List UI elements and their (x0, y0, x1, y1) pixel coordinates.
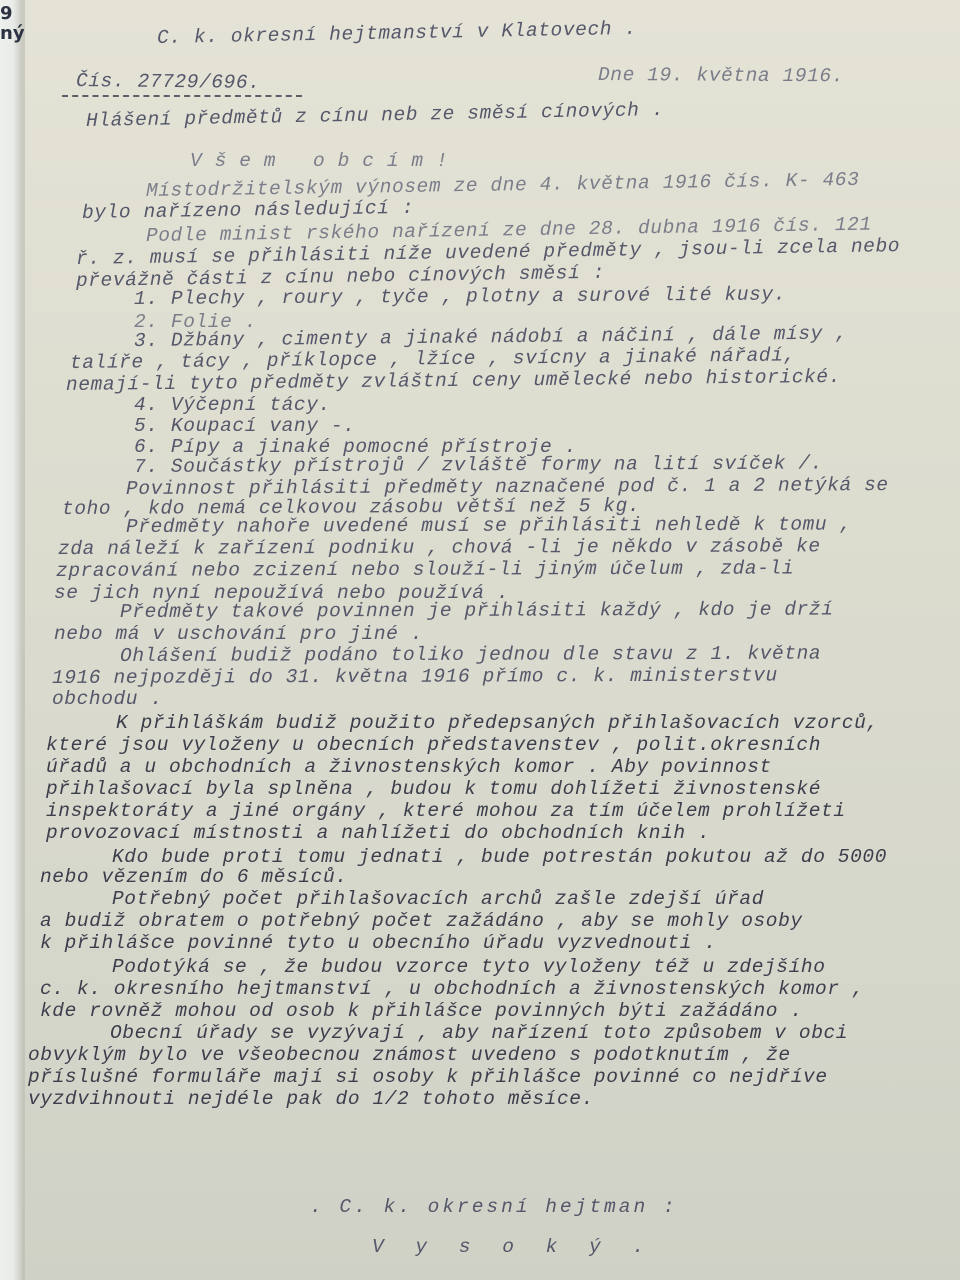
reference-number: Čís. 27729/696. (76, 70, 261, 94)
body-line: zda náleží k zařízení podniku , chová -l… (58, 535, 821, 560)
heading-divider (62, 95, 302, 97)
body-line: Kdo bude proti tomu jednati , bude potre… (112, 846, 887, 868)
body-line: které jsou vyloženy u obecních představe… (46, 734, 821, 756)
list-item: 5. Koupací vany -. (134, 415, 355, 437)
body-line: zpracování nebo zcizení nebo slouží-li j… (56, 557, 794, 582)
document-date: Dne 19. května 1916. (598, 64, 844, 87)
subject-line: Hlášení předmětů z cínu neb ze směsí cín… (86, 99, 665, 132)
body-line: K přihláškám budiž použito předepsaných … (116, 712, 879, 734)
body-line: Obecní úřady se vyzývají , aby nařízení … (110, 1022, 848, 1044)
body-line: a budiž obratem o potřebný počet zažádán… (40, 910, 803, 932)
page-fold (22, 0, 25, 1280)
body-line: Předměty nahoře uvedené musí se přihlási… (126, 513, 852, 538)
margin-note-line: ný (0, 24, 25, 44)
body-line: příslušné formuláře mají si osoby k přih… (28, 1066, 828, 1088)
margin-note-line: 9 (0, 4, 25, 24)
list-item: 1. Plechy , roury , tyče , plotny a suro… (134, 283, 786, 310)
body-line: 1916 nejpozději do 31. května 1916 přímo… (52, 664, 778, 689)
body-line: Místodržitelským výnosem ze dne 4. květn… (146, 169, 860, 202)
body-line: provozovací místnosti a nahlížeti do obc… (46, 822, 710, 844)
body-line: Ohlášení budiž podáno toliko jednou dle … (120, 643, 821, 667)
body-line: obvyklým bylo ve všeobecnou známost uved… (28, 1044, 791, 1066)
office-heading: C. k. okresní hejtmanství v Klatovech . (157, 18, 637, 49)
body-line: Podotýká se , že budou vzorce tyto vylož… (112, 956, 826, 978)
salutation: V š e m o b c í m ! (190, 150, 448, 172)
underlying-page-edge (0, 0, 22, 1280)
list-item: 4. Výčepní tácy. (134, 394, 331, 416)
body-line: Předměty takové povinnen je přihlásiti k… (120, 599, 834, 623)
body-line: bylo nařízeno následující : (82, 197, 414, 224)
body-line: kde rovněž mohou od osob k přihlášce pov… (40, 1000, 803, 1022)
body-line: k přihlášce povinné tyto u obecního úřad… (40, 932, 717, 954)
body-line: úřadů a u obchodních a živnostenských ko… (46, 756, 772, 778)
body-line: Potřebný počet přihlašovacích archů zašl… (112, 888, 764, 910)
signature-name: V y s o k ý . (372, 1236, 654, 1258)
body-line: nebo vězením do 6 měsíců. (40, 866, 348, 888)
body-line: nebo má v uschování pro jiné . (54, 623, 423, 645)
margin-note: 9 ný (0, 4, 25, 44)
body-line: inspektoráty a jiné orgány , které mohou… (46, 800, 846, 822)
signature-title: . C. k. okresní hejtman : (310, 1196, 678, 1218)
body-line: přihlašovací byla splněna , budou k tomu… (46, 778, 821, 800)
body-line: vyzdvihnouti nejdéle pak do 1/2 tohoto m… (28, 1088, 594, 1110)
body-line: c. k. okresního hejtmanství , u obchodní… (40, 978, 864, 1000)
body-line: obchodu . (52, 688, 163, 710)
